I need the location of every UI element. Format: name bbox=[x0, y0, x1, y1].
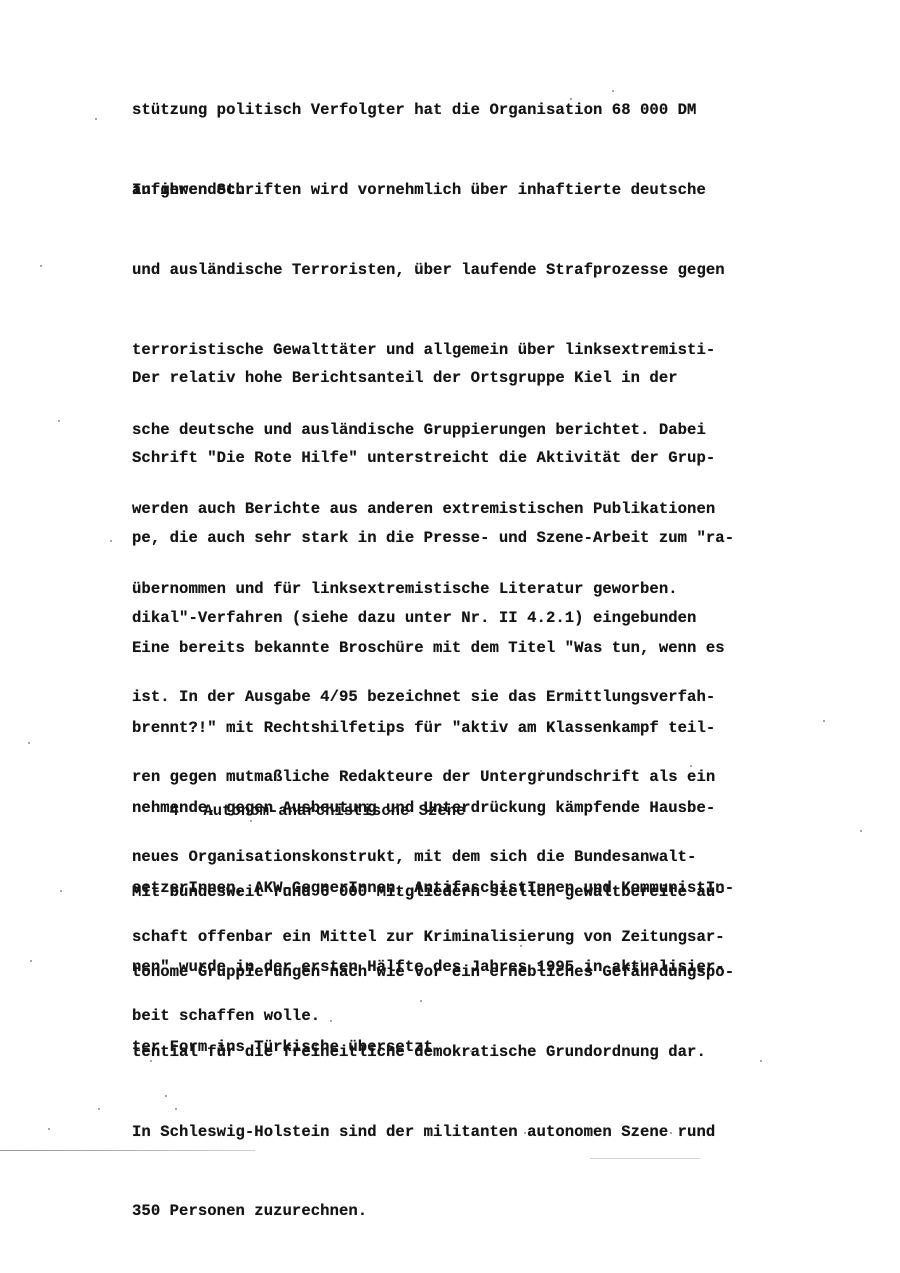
scan-speck bbox=[690, 765, 692, 767]
section-number: 4 bbox=[169, 798, 203, 824]
text-line: In ihren Schriften wird vornehmlich über… bbox=[132, 177, 852, 204]
scan-speck bbox=[165, 1095, 167, 1097]
scan-speck bbox=[540, 770, 542, 772]
text-line: und ausländische Terroristen, über laufe… bbox=[132, 257, 852, 284]
scan-speck bbox=[420, 1000, 422, 1002]
scan-speck bbox=[30, 960, 32, 962]
scan-speck bbox=[330, 1020, 332, 1022]
text-line: Schrift "Die Rote Hilfe" unterstreicht d… bbox=[132, 445, 852, 472]
text-line: Der relativ hohe Berichtsanteil der Orts… bbox=[132, 365, 852, 392]
scan-speck bbox=[612, 90, 614, 92]
text-line: tential für die freiheitliche demokratis… bbox=[132, 1039, 852, 1066]
scan-speck bbox=[670, 1132, 672, 1134]
scan-speck bbox=[760, 1060, 762, 1062]
scan-speck bbox=[95, 118, 97, 120]
scan-speck bbox=[175, 1108, 177, 1110]
scan-speck bbox=[40, 265, 42, 267]
scan-speck bbox=[250, 820, 252, 822]
scan-speck bbox=[524, 1132, 526, 1134]
scan-speck bbox=[520, 945, 522, 947]
text-line: stützung politisch Verfolgter hat die Or… bbox=[132, 97, 852, 124]
paragraph-autonomous-scene: Mit bundesweit rund 6 000 Mitgliedern st… bbox=[132, 826, 852, 1273]
text-line: brennt?!" mit Rechtshilfetips für "aktiv… bbox=[132, 715, 852, 742]
scan-speck bbox=[570, 98, 572, 100]
scan-speck bbox=[60, 890, 62, 892]
section-title: Autonom-anarchistische Szene bbox=[203, 802, 465, 820]
scan-artifact-line bbox=[590, 1158, 700, 1159]
text-line: 350 Personen zuzurechnen. bbox=[132, 1198, 852, 1225]
scan-speck bbox=[28, 742, 30, 744]
scan-speck bbox=[470, 1050, 472, 1052]
scan-speck bbox=[823, 720, 825, 722]
text-line: Eine bereits bekannte Broschüre mit dem … bbox=[132, 635, 852, 662]
scan-speck bbox=[640, 960, 642, 962]
scan-artifact-line bbox=[0, 1150, 255, 1151]
text-line: tonome Gruppierungen nach wie vor ein er… bbox=[132, 959, 852, 986]
text-line: pe, die auch sehr stark in die Presse- u… bbox=[132, 525, 852, 552]
scan-speck bbox=[48, 1128, 50, 1130]
text-line: Mit bundesweit rund 6 000 Mitgliedern st… bbox=[132, 879, 852, 906]
scan-speck bbox=[58, 420, 60, 422]
scan-speck bbox=[98, 1108, 100, 1110]
scan-speck bbox=[110, 540, 112, 542]
scan-speck bbox=[860, 830, 862, 832]
scan-speck bbox=[150, 1060, 152, 1062]
scan-speck bbox=[308, 1132, 310, 1134]
document-page: stützung politisch Verfolgter hat die Or… bbox=[0, 0, 900, 1273]
text-line: In Schleswig-Holstein sind der militante… bbox=[132, 1119, 852, 1146]
